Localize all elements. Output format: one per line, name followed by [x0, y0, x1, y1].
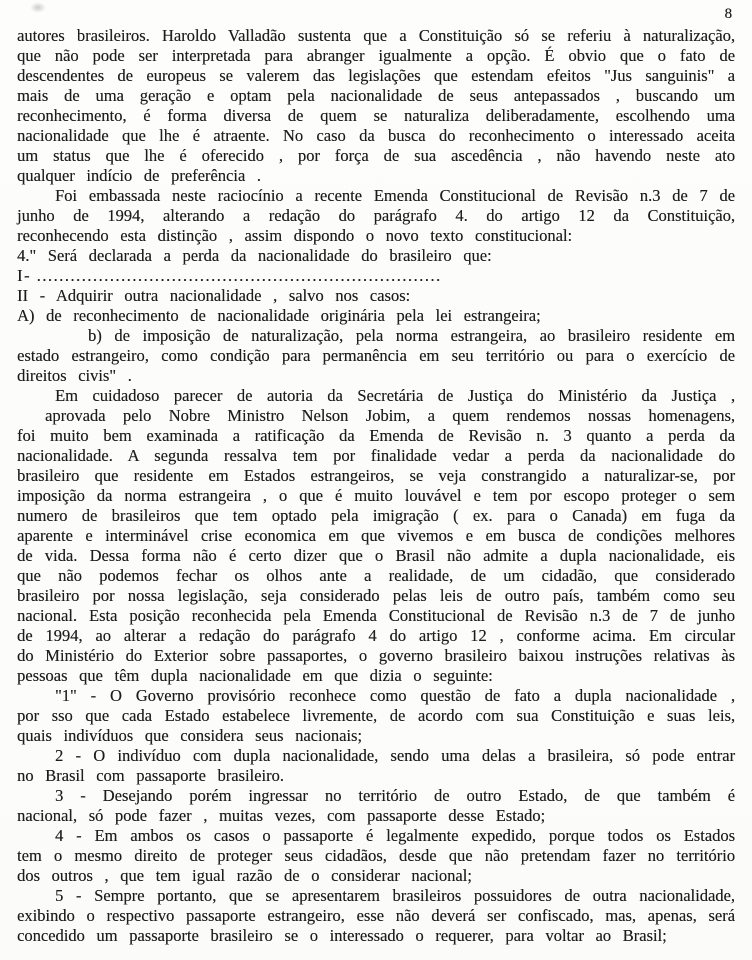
page-number: 8	[725, 6, 733, 23]
instruction-item-4: 4 - Em ambos os casos o passaporte é leg…	[17, 826, 735, 886]
document-page: 8 autores brasileiros. Haroldo Valladão …	[0, 0, 752, 960]
instruction-item-1: "1" - O Governo provisório reconhece com…	[17, 686, 735, 746]
paragraph-parecer-body: foi muito bem examinada a ratificação da…	[17, 426, 735, 686]
clause-paragraph-4-header: 4." Será declarada a perda da nacionalid…	[17, 246, 735, 266]
paragraph-parecer-line2: aprovada pelo Nobre Ministro Nelson Jobi…	[17, 406, 735, 426]
instruction-item-3: 3 - Desejando porém ingressar no territó…	[17, 786, 735, 826]
clause-item-b: b) de imposição de naturalização, pela n…	[17, 326, 735, 386]
paragraph-parecer-line1: Em cuidadoso parecer de autoria da Secre…	[17, 386, 735, 406]
clause-item-a: A) de reconhecimento de nacionalidade or…	[17, 306, 735, 326]
document-body: autores brasileiros. Haroldo Valladão su…	[17, 26, 735, 946]
paragraph-emenda-revisao: Foi embassada neste raciocínio a recente…	[17, 186, 735, 246]
instruction-item-5: 5 - Sempre portanto, que se apresentarem…	[17, 886, 735, 946]
clause-item-ii: II - Adquirir outra nacionalidade , salv…	[17, 286, 735, 306]
paragraph-intro: autores brasileiros. Haroldo Valladão su…	[17, 26, 735, 186]
scan-smudge	[30, 2, 46, 13]
clause-item-i-dotted-line: I- .....................................…	[17, 266, 735, 286]
instruction-item-2: 2 - O indivíduo com dupla nacionalidade,…	[17, 746, 735, 786]
